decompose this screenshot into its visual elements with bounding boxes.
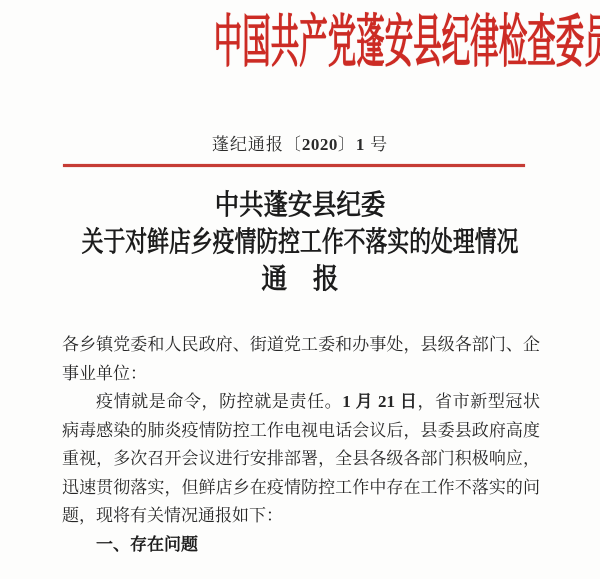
paragraph-1-text-a: 疫情就是命令，防控就是责任。 — [96, 392, 342, 411]
paragraph-1-text-b: ，省市新型冠状病毒感染的肺炎疫情防控工作电视电话会议后，县委县政府高度重视，多次… — [62, 392, 540, 525]
doc-number-year: 2020 — [302, 135, 338, 154]
title-line-1: 中共蓬安县纪委 — [0, 189, 600, 226]
paragraph-1-date: 1 月 21 日 — [342, 392, 417, 411]
title-line-3: 通 报 — [0, 263, 600, 300]
doc-number-issue: 1 — [356, 135, 365, 154]
document-page: 中国共产党蓬安县纪律检查委员会 蓬纪通报〔2020〕1 号 中共蓬安县纪委 关于… — [0, 0, 600, 579]
doc-number-suffix: 号 — [365, 135, 388, 154]
title-line-1-text: 中共蓬安县纪委 — [215, 189, 386, 222]
doc-number-bracket-close: 〕 — [338, 135, 356, 154]
document-number: 蓬纪通报〔2020〕1 号 — [0, 134, 600, 156]
paragraph-1: 疫情就是命令，防控就是责任。1 月 21 日，省市新型冠状病毒感染的肺炎疫情防控… — [62, 388, 540, 531]
salutation: 各乡镇党委和人民政府、街道党工委和办事处，县级各部门、企事业单位： — [62, 331, 540, 388]
issuing-authority-header: 中国共产党蓬安县纪律检查委员会 — [0, 12, 600, 74]
issuing-authority-text: 中国共产党蓬安县纪律检查委员会 — [214, 12, 600, 74]
red-divider-line — [63, 164, 525, 167]
section-heading-1: 一、存在问题 — [62, 531, 540, 560]
title-line-2: 关于对鲜店乡疫情防控工作不落实的处理情况 — [0, 226, 600, 263]
title-line-2-text: 关于对鲜店乡疫情防控工作不落实的处理情况 — [82, 226, 519, 259]
doc-number-prefix: 蓬纪通报〔 — [212, 135, 302, 154]
document-body: 各乡镇党委和人民政府、街道党工委和办事处，县级各部门、企事业单位： 疫情就是命令… — [62, 331, 540, 559]
title-line-3-text: 通 报 — [261, 263, 338, 296]
document-title: 中共蓬安县纪委 关于对鲜店乡疫情防控工作不落实的处理情况 通 报 — [0, 189, 600, 300]
